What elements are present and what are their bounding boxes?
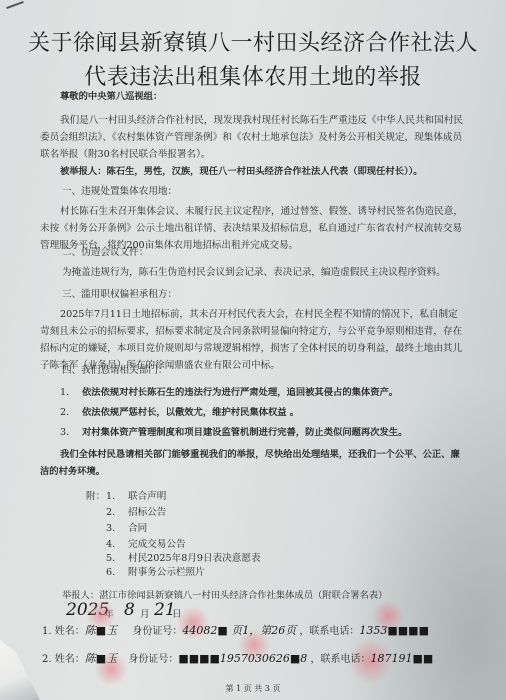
section-2-heading: 二、伪造会议文件： bbox=[62, 244, 488, 261]
attachment-item: 2.招标公告 bbox=[106, 504, 166, 518]
attachment-item: 5.村民2025年8月9日表决意愿表 bbox=[106, 550, 261, 564]
page-number: 第 1 页 共 3 页 bbox=[0, 683, 506, 694]
accused-line: 被举报人：陈石生，男性，汉族，现任八一村田头经济合作社法人代表（即现任村长））。 bbox=[40, 163, 466, 180]
document-title-line2: 代表违法出租集体农用土地的举报 bbox=[0, 60, 506, 91]
request-item: 2.依法依规严惩村长，以儆效尤，维护村民集体权益 。 bbox=[60, 404, 299, 418]
request-item: 1.依法依规对村长陈石生的违法行为进行严肃处理，追回被其侵占的集体资产。 bbox=[60, 384, 398, 398]
document-page: 关于徐闻县新寮镇八一村田头经济合作社法人 代表违法出租集体农用土地的举报 尊敬的… bbox=[0, 0, 506, 700]
section-2-body: 为掩盖违规行为，陈石生伪造村民会议到会记录、表决记录，编造虚假民主决议程序资料。 bbox=[62, 264, 468, 281]
reporter-line: 举报人：湛江市徐闻县新寮镇八一村田头经济合作社集体成员（附联合署名表） bbox=[62, 587, 387, 601]
signatory-row: 1. 姓名：陈■玉 身份证号：44082■ 页1，第26页 ，联系电话：1353… bbox=[42, 622, 429, 638]
salutation: 尊敬的中央第八巡视组： bbox=[60, 88, 486, 105]
attachments-label: 附： bbox=[86, 488, 105, 502]
intro-paragraph: 我们是八一村田头经济合作社村民，现发现我村现任村长陈石生严重违反《中华人民共和国… bbox=[40, 112, 466, 163]
signatory-row: 2. 姓名：陈■玉 身份证号：■■■■1957030626■8 ，联系电话：18… bbox=[42, 650, 433, 666]
pen-mark-icon bbox=[6, 1, 24, 9]
attachment-item: 3.合同 bbox=[106, 520, 147, 534]
attachment-item: 6.附事务公示栏照片 bbox=[106, 564, 205, 578]
document-title-line1: 关于徐闻县新寮镇八一村田头经济合作社法人 bbox=[0, 26, 506, 57]
attachment-item: 1.联合声明 bbox=[106, 488, 166, 502]
closing-paragraph: 我们全体村民恳请相关部门能够重视我们的举报，尽快给出处理结果，还我们一个公平、公… bbox=[40, 446, 466, 480]
section-4-heading: 四、我们恳请相关部门： bbox=[62, 362, 488, 379]
section-1-heading: 一、违规处置集体农用地： bbox=[62, 183, 488, 200]
attachment-item: 4.完成交易公告 bbox=[106, 536, 186, 550]
section-3-heading: 三、滥用职权偏袒承租方： bbox=[62, 286, 488, 303]
request-item: 3.对村集体资产管理制度和项目建设监管机制进行完善，防止类似问题再次发生。 bbox=[60, 424, 407, 438]
